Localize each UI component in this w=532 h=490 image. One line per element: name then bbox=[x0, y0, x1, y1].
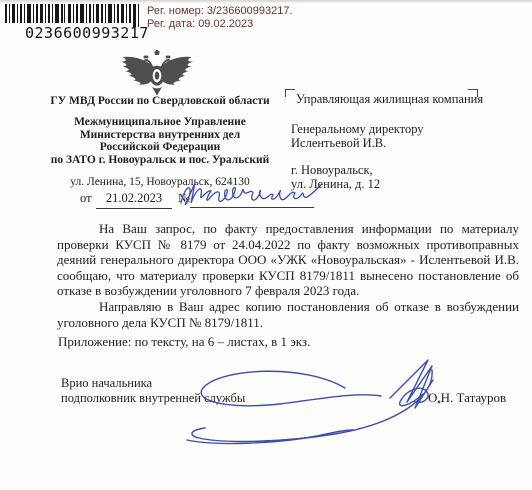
letter-date: 21.02.2023 bbox=[96, 191, 172, 209]
signer-position-line1: Врио начальника bbox=[61, 376, 152, 391]
reg-number: Рег. номер: 3/236600993217. bbox=[147, 5, 293, 18]
handwritten-signature bbox=[183, 352, 501, 457]
addressee-company: Управляющая жилищная компания bbox=[296, 92, 483, 107]
barcode: 0236600993217 bbox=[5, 4, 142, 33]
scanned-letter-page: 0236600993217 Рег. номер: 3/236600993217… bbox=[0, 0, 532, 490]
addressee-city: г. Новоуральск, bbox=[291, 163, 373, 178]
address-zone-corner-right bbox=[468, 89, 478, 97]
attachment-note: Приложение: по тексту, на 6 – листах, в … bbox=[58, 334, 310, 350]
scan-edge-artifact bbox=[0, 0, 532, 3]
org-name-main: ГУ МВД России по Свердловской области bbox=[34, 95, 286, 108]
body-paragraph-1: На Ваш запрос, по факту предоставления и… bbox=[57, 221, 519, 299]
addressee-street: ул. Ленина, д. 12 bbox=[291, 177, 380, 192]
address-zone-corner-left bbox=[285, 89, 295, 97]
body-paragraph-2: Направляю в Ваш адрес копию постановлени… bbox=[57, 299, 519, 330]
barcode-digits: 0236600993217 bbox=[25, 24, 149, 42]
addressee-recipient-name: Ислентьевой И.В. bbox=[291, 136, 386, 151]
letterhead: ГУ МВД России по Свердловской области Ме… bbox=[34, 95, 286, 188]
reg-date: Рег. дата: 09.02.2023 bbox=[147, 18, 293, 31]
letter-body: На Ваш запрос, по факту предоставления и… bbox=[57, 221, 519, 330]
addressee-recipient-title: Генеральному директору bbox=[291, 122, 424, 137]
org-name-lines: Межмуниципальное Управление Министерства… bbox=[34, 116, 286, 166]
date-prefix: от bbox=[80, 191, 92, 206]
registration-stamp: Рег. номер: 3/236600993217. Рег. дата: 0… bbox=[147, 5, 293, 31]
